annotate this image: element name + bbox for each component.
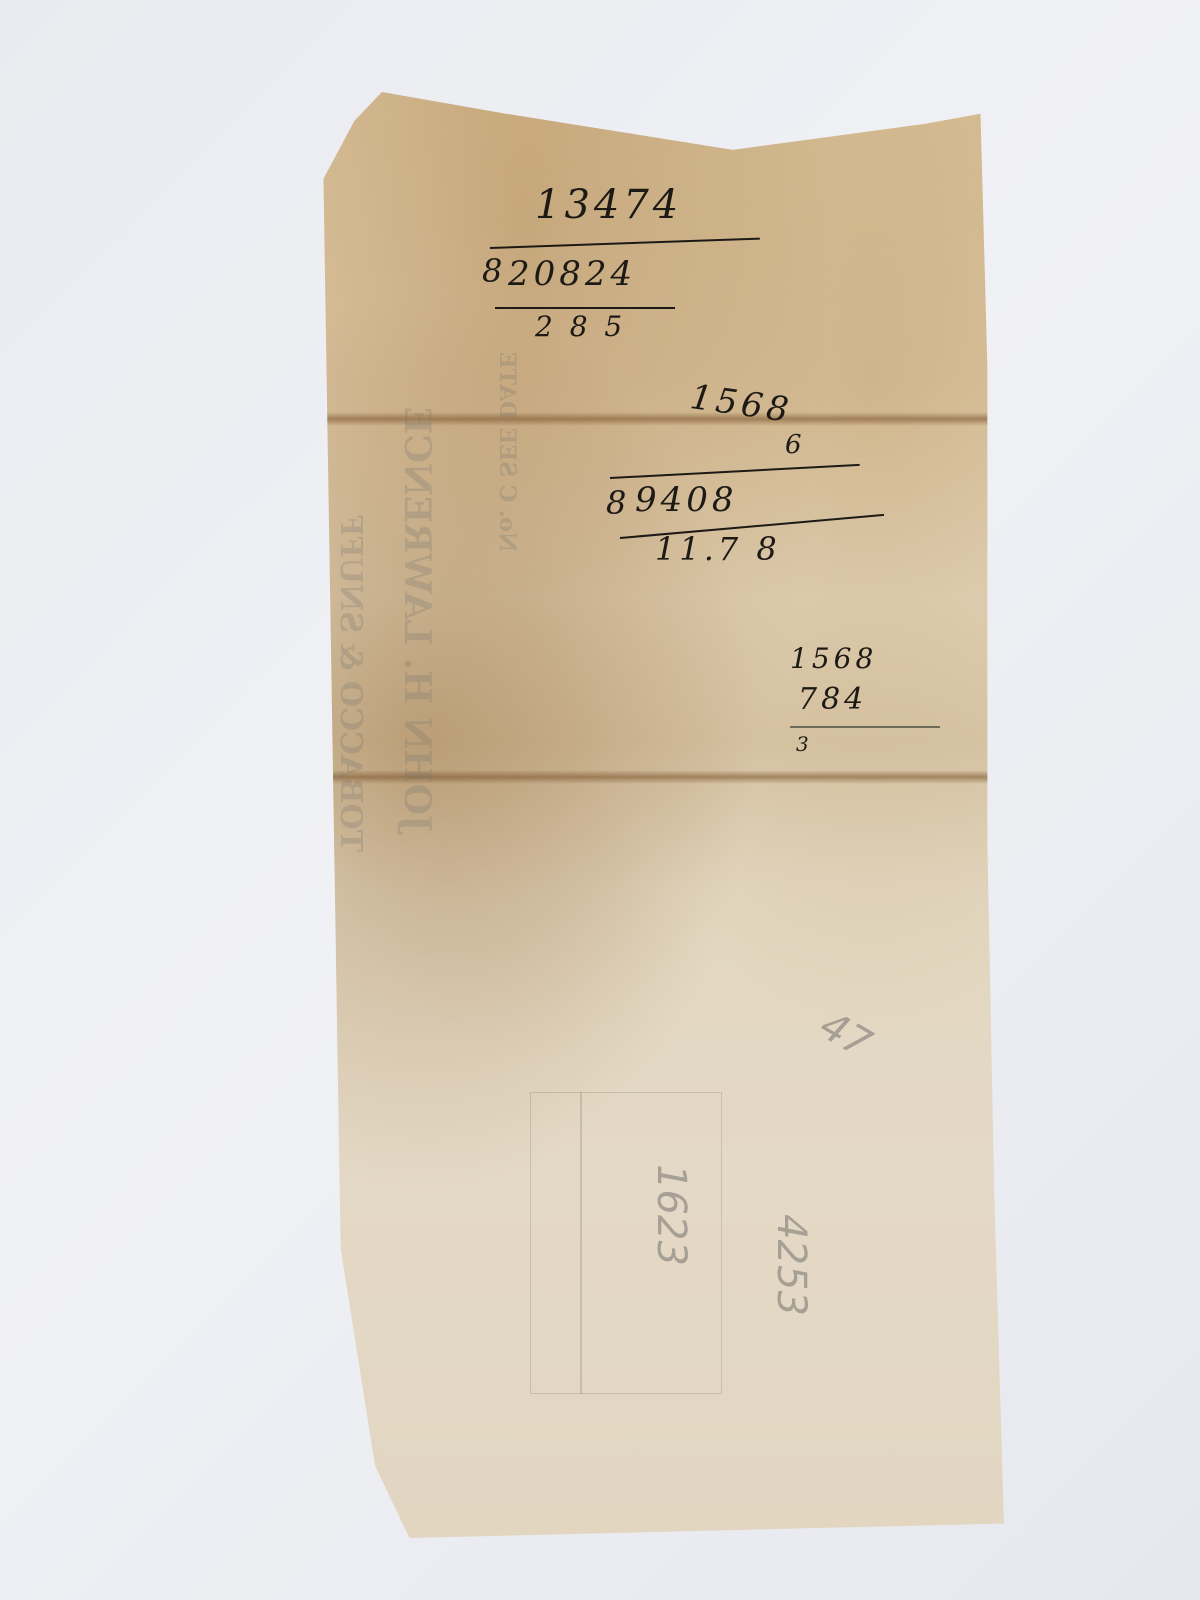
pencil-number: 47 — [812, 1002, 879, 1067]
pencil-number: 1623 — [648, 1164, 694, 1266]
calc2-remainder: 11.7 8 — [655, 530, 781, 568]
calc2-dividend: 9408 — [635, 480, 738, 520]
calc1-remainder: 2 8 5 — [535, 310, 626, 343]
calc1-underline — [495, 307, 675, 309]
calc1-divisor: 8 — [482, 252, 506, 290]
bleed-through-header: JOHN H. LAWRENCE — [396, 407, 438, 832]
calc1-rule — [490, 238, 760, 249]
bleed-through-columns: No. C SEE DATE — [494, 352, 520, 552]
pencil-number: 4253 — [768, 1214, 814, 1316]
bleed-through-subheader: TOBACCO & SNUFF — [333, 515, 368, 852]
calc1-dividend: 20824 — [508, 254, 636, 294]
calc2-divisor: 8 — [606, 484, 630, 522]
calc2-rule — [610, 464, 860, 479]
calc2-carry: 6 — [785, 430, 806, 460]
aged-paper-document: JOHN H. LAWRENCE TOBACCO & SNUFF No. C S… — [320, 92, 1008, 1538]
calc1-quotient: 13474 — [535, 182, 682, 228]
calc3-line2: 784 — [798, 682, 867, 717]
pencil-grid-column — [580, 1092, 582, 1394]
calc3-rule — [790, 726, 940, 728]
calc3-line1: 1568 — [790, 642, 877, 675]
calc3-line3: 3 — [796, 732, 813, 756]
